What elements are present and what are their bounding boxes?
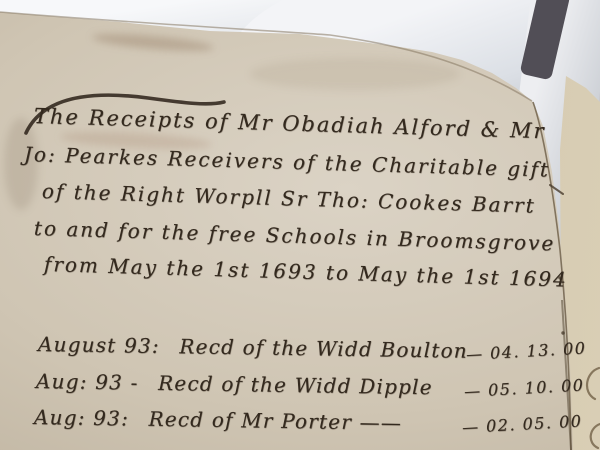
receipt-entry: Aug: 93 - Recd of the Widd Dipple — 05. … <box>36 369 598 402</box>
handwriting-layer: The Receipts of Mr Obadiah Alford & Mr J… <box>0 0 600 450</box>
entry-amount: — 05. 10. 00 <box>464 375 585 400</box>
entry-description: Recd of the Widd Boulton <box>179 334 468 363</box>
heading-line-1: The Receipts of Mr Obadiah Alford & Mr <box>34 104 546 143</box>
heading-line-4: to and for the free Schools in Broomsgro… <box>34 216 556 255</box>
manuscript-photo: The Receipts of Mr Obadiah Alford & Mr J… <box>0 0 600 450</box>
receipt-entry: August 93: Recd of the Widd Boulton — 04… <box>38 332 600 365</box>
heading-line-5: from May the 1st 1693 to May the 1st 169… <box>44 252 569 292</box>
receipt-entry: Aug: 93: Recd of Mr Porter —— — 02. 05. … <box>34 405 596 438</box>
entry-description: Recd of the Widd Dipple <box>158 371 433 399</box>
heading-line-3: of the Right Worpll Sr Tho: Cookes Barrt <box>42 179 536 218</box>
entry-date: Aug: 93 - <box>36 369 139 395</box>
entry-date: Aug: 93: <box>34 405 129 430</box>
entry-amount: — 02. 05. 00 <box>462 411 583 436</box>
heading-line-2: Jo: Pearkes Receivers of the Charitable … <box>24 142 551 182</box>
entry-date: August 93: <box>38 332 160 358</box>
entry-amount: — 04. 13. 00 <box>466 338 587 363</box>
entry-description: Recd of Mr Porter —— <box>148 407 402 435</box>
